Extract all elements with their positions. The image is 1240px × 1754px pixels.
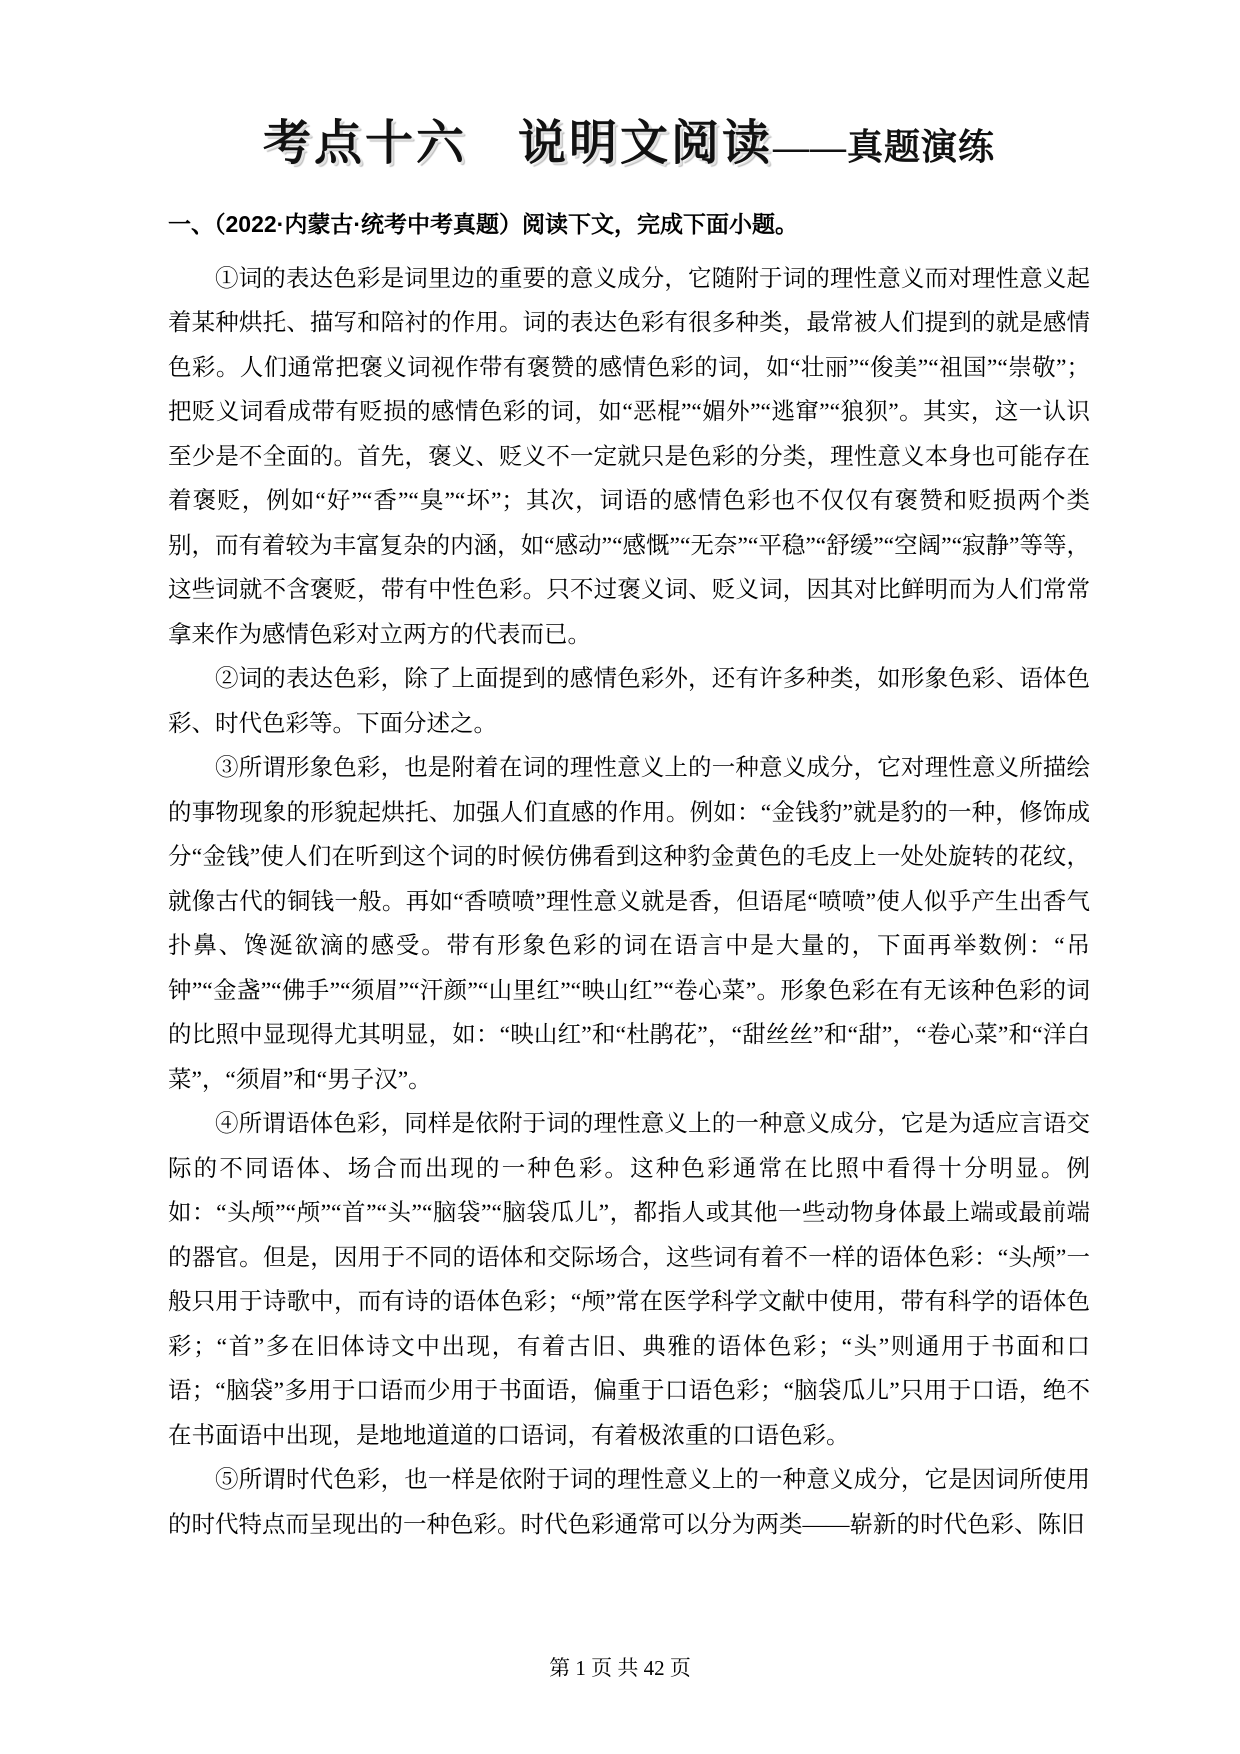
article-body: ①词的表达色彩是词里边的重要的意义成分，它随附于词的理性意义而对理性意义起着某种…	[168, 257, 1090, 1548]
page-number-footer: 第 1 页 共 42 页	[0, 1652, 1240, 1682]
body-paragraph-4: ④所谓语体色彩，同样是依附于词的理性意义上的一种意义成分，它是为适应言语交际的不…	[168, 1102, 1090, 1458]
document-title-suffix: ——真题演练	[773, 127, 995, 167]
body-paragraph-3: ③所谓形象色彩，也是附着在词的理性意义上的一种意义成分，它对理性意义所描绘的事物…	[168, 746, 1090, 1102]
section-heading: 一、（2022·内蒙古·统考中考真题）阅读下文，完成下面小题。	[168, 209, 1090, 239]
document-page: 考点十六 说明文阅读——真题演练 一、（2022·内蒙古·统考中考真题）阅读下文…	[0, 0, 1240, 1754]
document-title-main: 考点十六 说明文阅读	[263, 117, 773, 170]
body-paragraph-2: ②词的表达色彩，除了上面提到的感情色彩外，还有许多种类，如形象色彩、语体色彩、时…	[168, 657, 1090, 746]
document-title: 考点十六 说明文阅读——真题演练	[168, 118, 1090, 171]
body-paragraph-1: ①词的表达色彩是词里边的重要的意义成分，它随附于词的理性意义而对理性意义起着某种…	[168, 257, 1090, 658]
body-paragraph-5: ⑤所谓时代色彩，也一样是依附于词的理性意义上的一种意义成分，它是因词所使用的时代…	[168, 1458, 1090, 1547]
